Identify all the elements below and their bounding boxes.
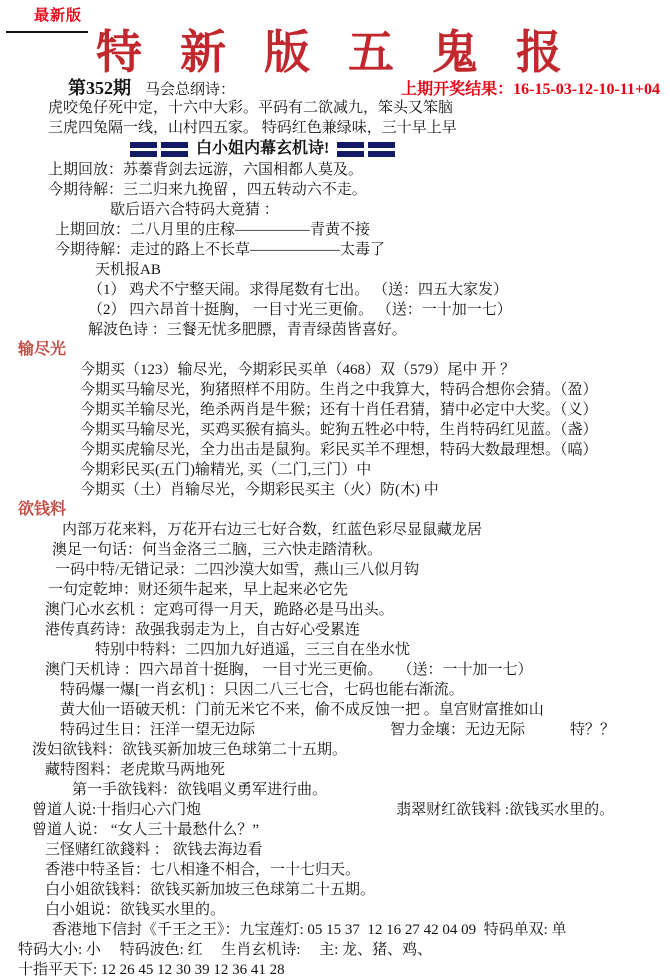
text-line: 今期买马输尽光，买鸡买猴有搞头。蛇狗五牲必中特，生肖特码红见蓝。（盏）: [80, 420, 670, 440]
text-line: 今期彩民买(五门)输精光, 买（二门,三门）中: [80, 460, 670, 480]
text-line: 今期买（123）输尽光，今期彩民买单（468）双（579）尾中 开 ？: [80, 360, 670, 380]
xuanji-banner: 白小姐内幕玄机诗!: [128, 138, 670, 160]
text-line: 今期待解：走过的路上不长草——————太毒了: [55, 240, 670, 260]
last-draw-result-value: 16-15-03-12-10-11+04: [513, 81, 660, 98]
text-line: 上期回放：二八月里的庄稼—————青黄不接: [55, 220, 670, 240]
text-line: 白小姐说：欲钱买水里的。: [45, 900, 670, 920]
edition-badge: 最新版: [34, 4, 82, 25]
verse-line: 虎咬兔仔死中定，十六中大彩。平码有二欲减九，笨头又笨脑: [48, 98, 670, 118]
text-line: 藏特图料：老虎欺马两地死: [45, 760, 670, 780]
masthead: 最新版 特新版五鬼报 第352期 马会总纲诗： 上期开奖结果：16-15-03-…: [0, 0, 670, 98]
text-line: （2） 四六昂首十挺胸， 一目寸光三更偷。 （送：一十加一七）: [88, 300, 670, 320]
text-line: 今期买（土）肖输尽光，今期彩民买主（火）防(木) 中: [80, 480, 670, 500]
issue-row: 第352期 马会总纲诗： 上期开奖结果：16-15-03-12-10-11+04: [68, 74, 660, 100]
text-line: 一句定乾坤：财还须牛起来，早上起来必它先: [48, 580, 670, 600]
issue-number: 第352期: [68, 74, 131, 100]
text-line: 白小姐欲钱料：欲钱买新加坡三色球第二十五期。: [45, 880, 670, 900]
text-line: 今期待解：三二归来九挽留 ，四五转动六不走。: [48, 180, 670, 200]
text-line: 特码大小: 小 特码波色: 红 生肖玄机诗: 主: 龙、猪、鸡、: [18, 940, 670, 960]
five-ghost-report-page: 最新版 特新版五鬼报 第352期 马会总纲诗： 上期开奖结果：16-15-03-…: [0, 0, 670, 976]
poem-label: 马会总纲诗：: [145, 78, 235, 99]
text-line: （1） 鸡犬不宁整天闹。求得尾数有七出。 （送：四五大家发）: [88, 280, 670, 300]
text-line: 港传真药诗：敌强我弱走为上，自古好心受累连: [45, 620, 670, 640]
text-line: 特别中特料：二四加九好逍遥，三三自在坐水忧: [95, 640, 670, 660]
text-line: 十指平天下: 12 26 45 12 30 39 12 36 41 28: [18, 960, 670, 976]
masthead-rule: [6, 31, 88, 33]
text-line: 上期回放：苏蓁背剑去远游，六国相都人莫及。: [48, 160, 670, 180]
text-line: 三怪赌红欲錢料 ： 欲钱去海边看: [45, 840, 670, 860]
text-line: 解波色诗 ：三餐无忧多肥膘，青青绿茵皆喜好。: [88, 320, 670, 340]
text-line: 香港地下信封《千王之王》：九宝莲灯: 05 15 37 12 16 27 42 …: [52, 920, 670, 940]
text-line: 泼妇欲钱料：欲钱买新加坡三色球第二十五期。: [32, 740, 670, 760]
text-line: 一码中特/无错记录：二四沙漠大如雪，燕山三八似月钩: [55, 560, 670, 580]
text-line: 今期买羊输尽光，绝杀两肖是牛猴；还有十肖任君猜，猜中必定中大奖。（义）: [80, 400, 670, 420]
section-heading-yuqianliao: 欲钱料: [18, 500, 670, 520]
text-line: 今期买虎输尽光，全力出击是鼠狗。彩民买羊不理想，特码大数最理想。（嗃）: [80, 440, 670, 460]
text-line: 天机报AB: [95, 260, 670, 280]
text-line: 歇后语六合特码大竟猜 ：: [110, 200, 670, 220]
text-line: 内部万花来料，万花开右边三七好合数，红蓝色彩尽显鼠藏龙居: [62, 520, 670, 540]
verse-line: 三虎四兔隔一线，山村四五家。 特码红色兼绿味，三十早上早: [48, 118, 670, 138]
double-bar-icon: [337, 142, 364, 157]
text-line: 香港中特圣旨：七八相逢不相合，一十七归天。: [45, 860, 670, 880]
text-line: 澳门天机诗 ：四六昂首十挺胸， 一目寸光三更偷。 （送：一十加一七）: [45, 660, 670, 680]
double-bar-icon: [161, 142, 188, 157]
double-bar-icon: [368, 142, 395, 157]
double-bar-icon: [130, 142, 157, 157]
text-line: 曾道人说:十指归心六门炮 翡翠财红欲钱料 :欲钱买水里的。: [32, 800, 670, 820]
text-line: 第一手欲钱料：欲钱唱义勇军进行曲。: [72, 780, 670, 800]
last-draw-result: 上期开奖结果：16-15-03-12-10-11+04: [401, 76, 660, 99]
text-line: 曾道人说： “女人三十最愁什么？”: [32, 820, 670, 840]
text-line: 澳足一句话：何当金洛三二脑，三六快走踏清秋。: [52, 540, 670, 560]
page-title: 特新版五鬼报: [96, 16, 600, 82]
text-line: 澳门心水玄机 ：定鸡可得一月天，跪路必是马出头。: [45, 600, 670, 620]
text-line: 特码过生日：汪洋一望无边际 智力金壤：无边无际 特？？: [60, 720, 670, 740]
last-draw-result-label: 上期开奖结果：: [401, 81, 513, 98]
section-heading-shujinguang: 输尽光: [18, 340, 670, 360]
xuanji-banner-label: 白小姐内幕玄机诗!: [196, 140, 329, 157]
text-line: 今期买马输尽光，狗猪照样不用防。生肖之中我算大，特码合想你会猜。（盈）: [80, 380, 670, 400]
report-body: 虎咬兔仔死中定，十六中大彩。平码有二欲减九，笨头又笨脑 三虎四兔隔一线，山村四五…: [0, 98, 670, 976]
text-line: 黄大仙一语破天机：门前无米它不来，偷不成反蚀一把 。皇宫财富推如山: [60, 700, 670, 720]
text-line: 特码爆一爆[一肖玄机] ：只因二八三七合，七码也能右渐流。: [60, 680, 670, 700]
